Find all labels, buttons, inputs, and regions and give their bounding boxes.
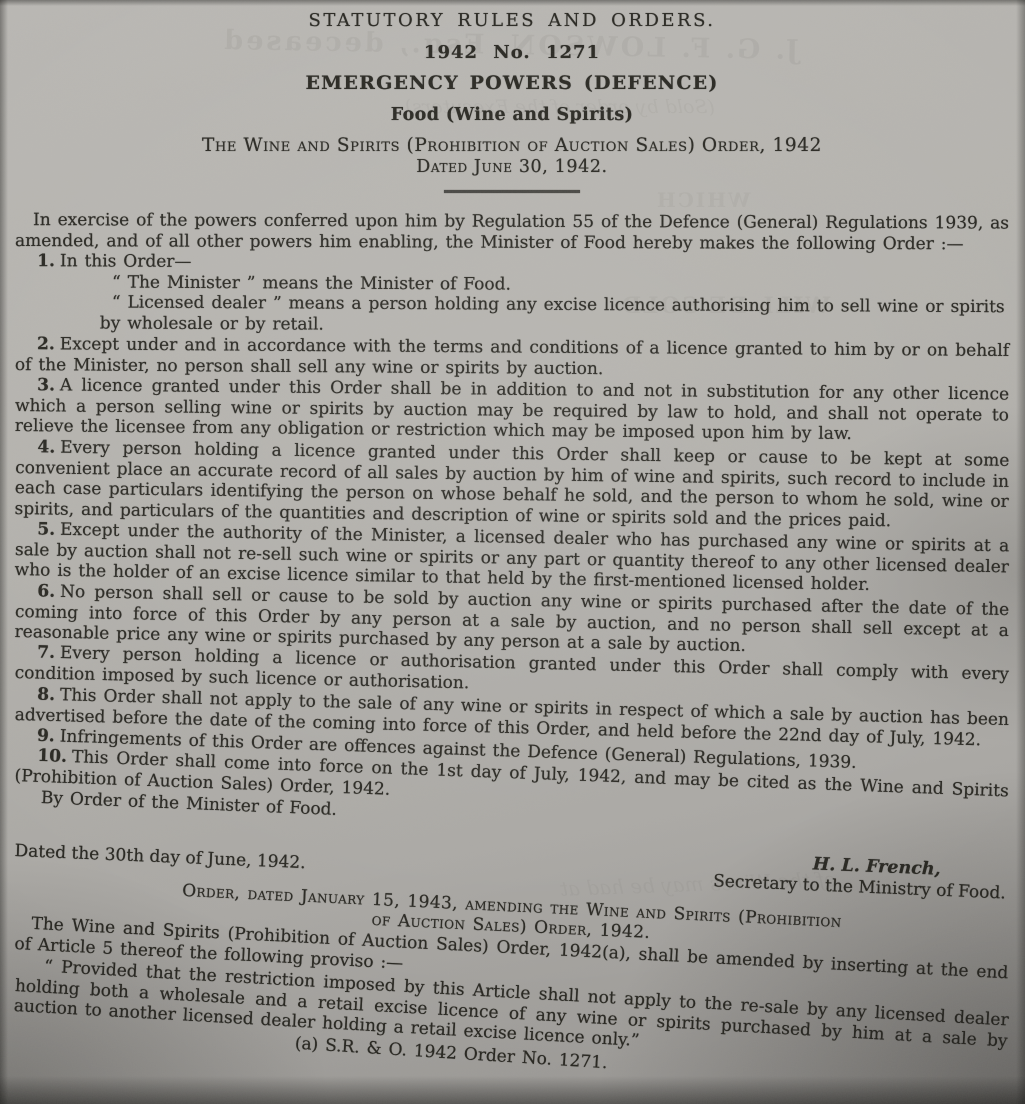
divider-rule — [444, 190, 580, 193]
series-title: STATUTORY RULES AND ORDERS. — [15, 10, 1009, 31]
article-text: Except under and in accordance with the … — [15, 334, 1009, 378]
article-number: 10. — [37, 746, 67, 767]
article-number: 4. — [37, 437, 55, 457]
preamble: In exercise of the powers conferred upon… — [15, 210, 1009, 255]
amendment-section: Order, dated January 15, 1943, amending … — [15, 873, 1009, 1037]
article-number: 6. — [37, 581, 55, 601]
order-number: 1942 No. 1271 — [15, 42, 1009, 63]
subcategory-heading: Food (Wine and Spirits) — [15, 105, 1009, 125]
order-body: In exercise of the powers conferred upon… — [15, 210, 1009, 807]
article-4: 4.Every person holding a licence granted… — [14, 437, 1009, 533]
article-number: 8. — [37, 684, 55, 704]
document-header: STATUTORY RULES AND ORDERS. 1942 No. 127… — [15, 10, 1009, 193]
article-number: 1. — [37, 251, 55, 271]
order-date: Dated June 30, 1942. — [15, 157, 1009, 177]
article-number: 7. — [37, 643, 55, 663]
article-text: A licence granted under this Order shall… — [15, 375, 1010, 444]
article-number: 3. — [37, 375, 55, 395]
article-text: In this Order— — [60, 251, 192, 272]
article-3: 3.A licence granted under this Order sha… — [15, 375, 1010, 446]
article-number: 2. — [37, 334, 55, 354]
article-number: 9. — [37, 726, 55, 747]
document-content: STATUTORY RULES AND ORDERS. 1942 No. 127… — [0, 0, 1025, 1104]
definition: “ Licensed dealer ” means a person holdi… — [100, 293, 1009, 339]
scanned-document-page: J. G. F. LOWSON, Esq., deceased (Sold by… — [0, 0, 1025, 1104]
dated-line: Dated the 30th day of June, 1942. — [14, 841, 306, 874]
category-heading: EMERGENCY POWERS (DEFENCE) — [15, 72, 1009, 94]
article-number: 5. — [37, 519, 55, 539]
order-title: The Wine and Spirits (Prohibition of Auc… — [15, 135, 1009, 156]
article-text: Every person holding a licence granted u… — [14, 437, 1009, 530]
article-2: 2.Except under and in accordance with th… — [15, 334, 1009, 382]
article-1: 1.In this Order— “ The Minister ” means … — [15, 251, 1009, 339]
